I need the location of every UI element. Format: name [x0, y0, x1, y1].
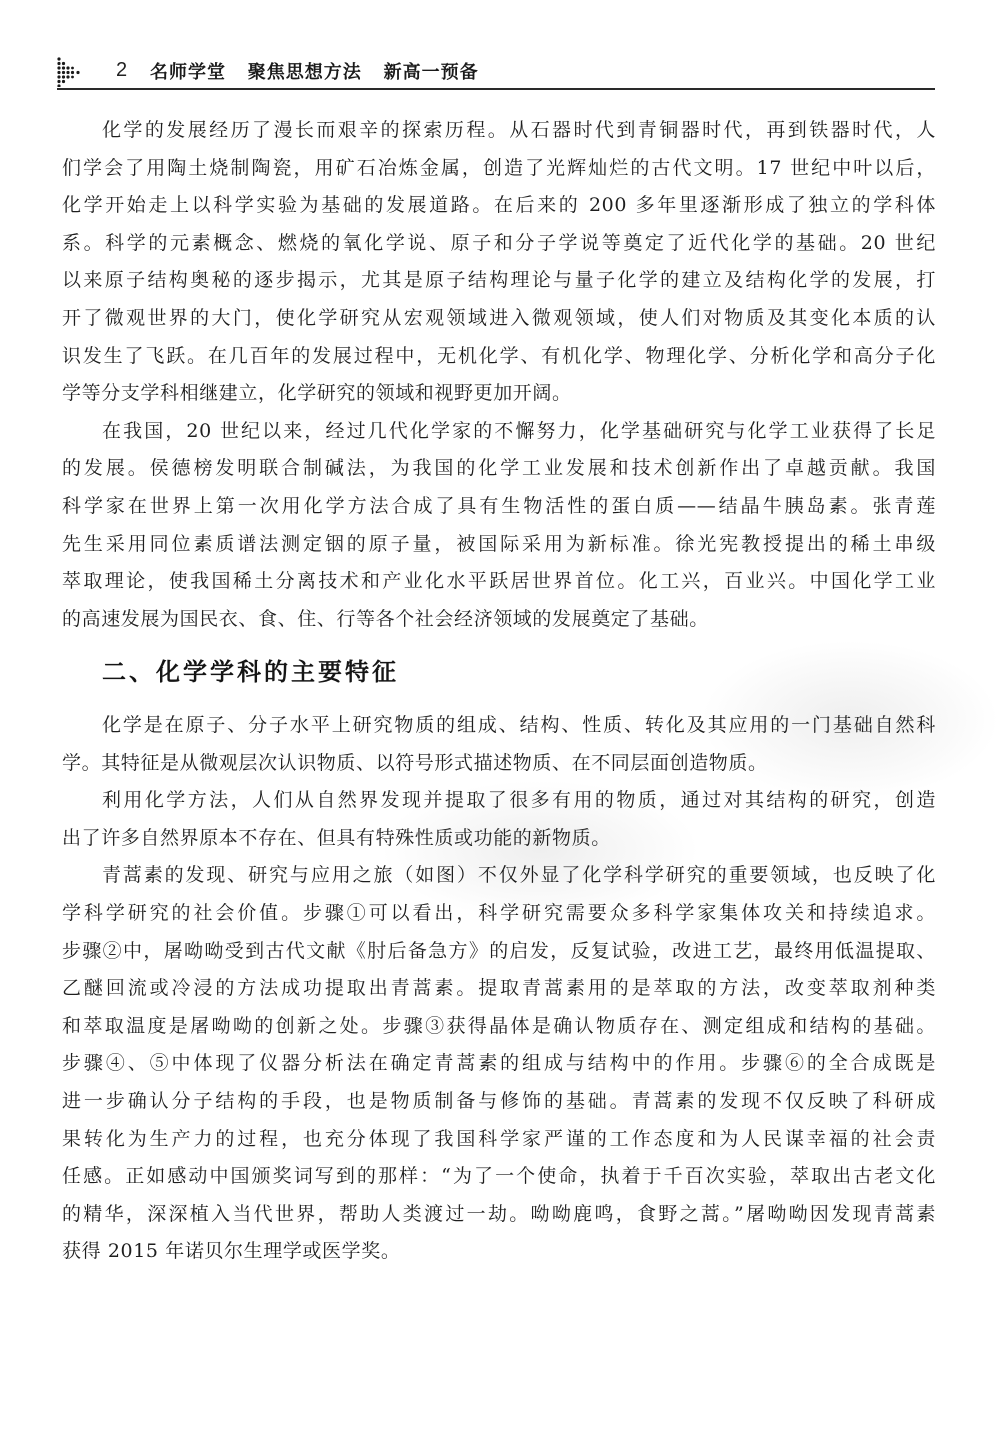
text-line: 萃取理论，使我国稀土分离技术和产业化水平跃居世界首位。化工兴，百业兴。中国化学工…: [62, 563, 936, 601]
text-line: 青蒿素的发现、研究与应用之旅（如图）不仅外显了化学科学研究的重要领域，也反映了化: [62, 857, 936, 895]
running-header: 2 名师学堂 聚焦思想方法 新高一预备: [55, 55, 935, 89]
header-dots-icon: [57, 57, 81, 87]
text-line: 果转化为生产力的过程，也充分体现了我国科学家严谨的工作态度和为人民谋幸福的社会责: [62, 1121, 936, 1159]
text-line: 的高速发展为国民衣、食、住、行等各个社会经济领域的发展奠定了基础。: [62, 601, 936, 639]
text-line: 在我国，20 世纪以来，经过几代化学家的不懈努力，化学基础研究与化学工业获得了长…: [62, 413, 936, 451]
paragraph: 在我国，20 世纪以来，经过几代化学家的不懈努力，化学基础研究与化学工业获得了长…: [62, 413, 936, 639]
text-line: 学科学研究的社会价值。步骤①可以看出，科学研究需要众多科学家集体攻关和持续追求。: [62, 895, 936, 933]
text-line: 以来原子结构奥秘的逐步揭示，尤其是原子结构理论与量子化学的建立及结构化学的发展，…: [62, 262, 936, 300]
text-line: 系。科学的元素概念、燃烧的氧化学说、原子和分子学说等奠定了近代化学的基础。20 …: [62, 225, 936, 263]
text-line: 化学开始走上以科学实验为基础的发展道路。在后来的 200 多年里逐渐形成了独立的…: [62, 187, 936, 225]
text-line: 的精华，深深植入当代世界，帮助人类渡过一劫。呦呦鹿鸣，食野之蒿。”屠呦呦因发现青…: [62, 1196, 936, 1234]
text-line: 任感。正如感动中国颁奖词写到的那样：“为了一个使命，执着于千百次实验，萃取出古老…: [62, 1158, 936, 1196]
text-line: 化学的发展经历了漫长而艰辛的探索历程。从石器时代到青铜器时代，再到铁器时代，人: [62, 112, 936, 150]
text-line: 学等分支学科相继建立，化学研究的领域和视野更加开阔。: [62, 375, 936, 413]
header-rule: [57, 88, 935, 90]
text-line: 学。其特征是从微观层次认识物质、以符号形式描述物质、在不同层面创造物质。: [62, 745, 936, 783]
text-line: 步骤②中，屠呦呦受到古代文献《肘后备急方》的启发，反复试验，改进工艺，最终用低温…: [62, 933, 936, 971]
running-title: 名师学堂 聚焦思想方法 新高一预备: [150, 58, 479, 84]
text-line: 出了许多自然界原本不存在、但具有特殊性质或功能的新物质。: [62, 820, 936, 858]
text-line: 化学是在原子、分子水平上研究物质的组成、结构、性质、转化及其应用的一门基础自然科: [62, 707, 936, 745]
section-2-body: 化学是在原子、分子水平上研究物质的组成、结构、性质、转化及其应用的一门基础自然科…: [62, 707, 936, 1271]
paragraph: 利用化学方法，人们从自然界发现并提取了很多有用的物质，通过对其结构的研究，创造 …: [62, 782, 936, 857]
text-line: 们学会了用陶土烧制陶瓷，用矿石冶炼金属，创造了光辉灿烂的古代文明。17 世纪中叶…: [62, 150, 936, 188]
text-line: 开了微观世界的大门，使化学研究从宏观领域进入微观领域，使人们对物质及其变化本质的…: [62, 300, 936, 338]
text-line: 进一步确认分子结构的手段，也是物质制备与修饰的基础。青蒿素的发现不仅反映了科研成: [62, 1083, 936, 1121]
text-line: 的发展。侯德榜发明联合制碱法，为我国的化学工业发展和技术创新作出了卓越贡献。我国: [62, 450, 936, 488]
paragraph: 化学是在原子、分子水平上研究物质的组成、结构、性质、转化及其应用的一门基础自然科…: [62, 707, 936, 782]
section-heading: 二、化学学科的主要特征: [102, 652, 399, 687]
text-line: 利用化学方法，人们从自然界发现并提取了很多有用的物质，通过对其结构的研究，创造: [62, 782, 936, 820]
paragraph: 化学的发展经历了漫长而艰辛的探索历程。从石器时代到青铜器时代，再到铁器时代，人 …: [62, 112, 936, 413]
section-1-body: 化学的发展经历了漫长而艰辛的探索历程。从石器时代到青铜器时代，再到铁器时代，人 …: [62, 112, 936, 638]
page-number: 2: [116, 59, 127, 82]
text-line: 步骤④、⑤中体现了仪器分析法在确定青蒿素的组成与结构中的作用。步骤⑥的全合成既是: [62, 1045, 936, 1083]
text-line: 乙醚回流或冷浸的方法成功提取出青蒿素。提取青蒿素用的是萃取的方法，改变萃取剂种类: [62, 970, 936, 1008]
text-line: 科学家在世界上第一次用化学方法合成了具有生物活性的蛋白质——结晶牛胰岛素。张青莲: [62, 488, 936, 526]
text-line: 获得 2015 年诺贝尔生理学或医学奖。: [62, 1233, 936, 1271]
paragraph: 青蒿素的发现、研究与应用之旅（如图）不仅外显了化学科学研究的重要领域，也反映了化…: [62, 857, 936, 1271]
text-line: 先生采用同位素质谱法测定铟的原子量，被国际采用为新标准。徐光宪教授提出的稀土串级: [62, 526, 936, 564]
text-line: 和萃取温度是屠呦呦的创新之处。步骤③获得晶体是确认物质存在、测定组成和结构的基础…: [62, 1008, 936, 1046]
text-line: 识发生了飞跃。在几百年的发展过程中，无机化学、有机化学、物理化学、分析化学和高分…: [62, 338, 936, 376]
